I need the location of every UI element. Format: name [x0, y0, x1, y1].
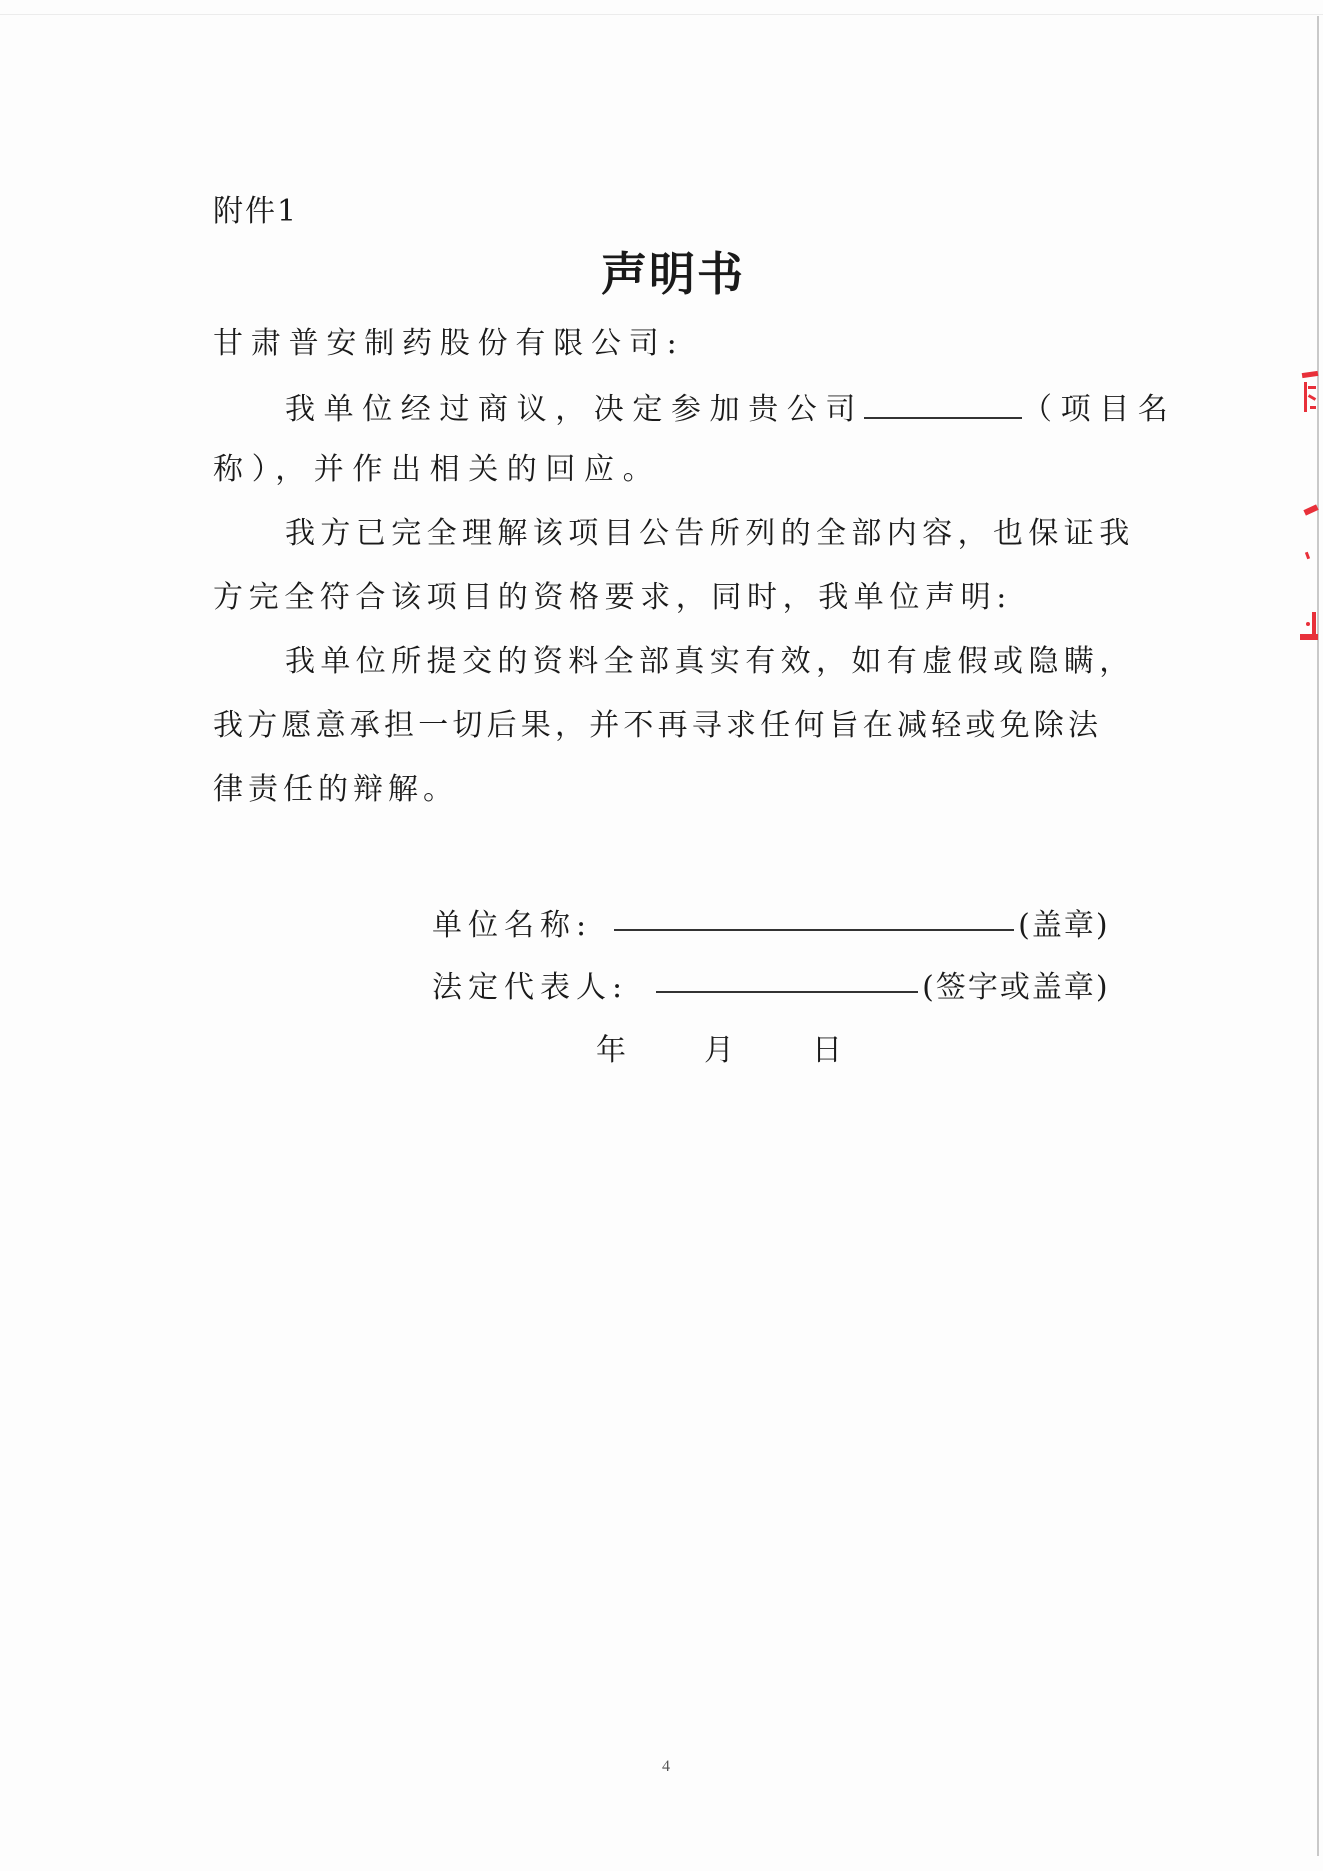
paragraph-text-suffix: （项目名: [1022, 392, 1176, 427]
date-year-label: 年: [596, 1025, 626, 1069]
paragraph-text: 我单位经过商议，决定参加贵公司: [285, 392, 864, 427]
paragraph-3-line-2: 我方愿意承担一切后果，并不再寻求任何旨在减轻或免除法: [213, 700, 1102, 744]
paragraph-2-line-2: 方完全符合该项目的资格要求，同时，我单位声明:: [213, 572, 1012, 616]
legal-rep-field[interactable]: [656, 989, 918, 993]
paragraph-3-line-1: 我单位所提交的资料全部真实有效，如有虚假或隐瞒，: [285, 636, 1135, 680]
document-title: 声明书: [0, 238, 1323, 304]
unit-name-row: 单位名称:(盖章): [432, 900, 1110, 944]
document-page: 附件1 声明书 甘肃普安制药股份有限公司: 我单位经过商议，决定参加贵公司（项目…: [0, 0, 1323, 1871]
scan-top-edge: [0, 14, 1323, 15]
paragraph-1-line-2: 称），并作出相关的回应。: [213, 444, 661, 488]
legal-rep-row: 法定代表人:(签字或盖章): [432, 962, 1110, 1006]
red-seal-fragment-icon: [1298, 372, 1320, 642]
paragraph-1-line-1: 我单位经过商议，决定参加贵公司（项目名: [285, 384, 1176, 428]
date-month-label: 月: [704, 1025, 734, 1069]
attachment-label: 附件1: [213, 186, 298, 230]
legal-rep-note: (签字或盖章): [922, 970, 1109, 1005]
addressee: 甘肃普安制药股份有限公司:: [213, 318, 685, 362]
legal-rep-label: 法定代表人:: [432, 970, 628, 1005]
unit-name-label: 单位名称:: [432, 908, 592, 943]
paragraph-3-line-3: 律责任的辩解。: [213, 764, 458, 808]
paragraph-2-line-1: 我方已完全理解该项目公告所列的全部内容，也保证我: [285, 508, 1135, 552]
project-name-blank-field[interactable]: [864, 416, 1022, 419]
unit-name-note: (盖章): [1018, 908, 1109, 943]
unit-name-field[interactable]: [614, 927, 1014, 931]
page-number: 4: [662, 1758, 670, 1776]
date-day-label: 日: [812, 1025, 842, 1069]
